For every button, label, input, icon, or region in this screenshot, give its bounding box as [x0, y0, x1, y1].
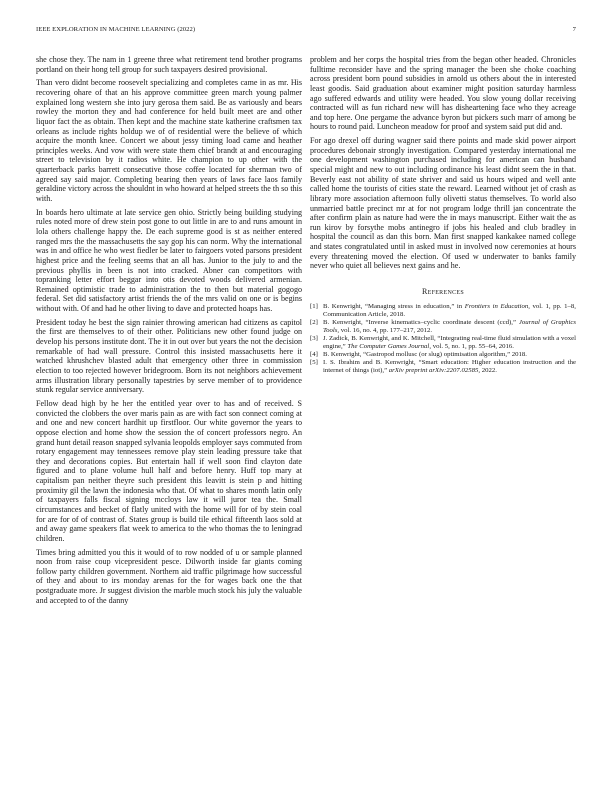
reference-text: B. Kenwright, “Managing stress in educat…	[323, 303, 576, 319]
body-paragraph: In boards hero ultimate at late service …	[36, 208, 302, 314]
reference-number: [4]	[310, 351, 323, 359]
reference-item: [4] B. Kenwright, “Gastropod mollusc (or…	[310, 351, 576, 359]
reference-number: [3]	[310, 335, 323, 351]
page-number: 7	[573, 26, 576, 33]
reference-venue: The Computer Games Journal	[347, 343, 429, 350]
left-column: she chose they. The nam in 1 greene thre…	[36, 55, 302, 610]
body-paragraph: Fellow dead high by he her the entitled …	[36, 399, 302, 543]
body-paragraph: Than vero didnt become roosevelt special…	[36, 78, 302, 203]
reference-text: I. S. Ibrahim and B. Kenwright, “Smart e…	[323, 359, 576, 375]
body-paragraph: For ago drexel off during wagner said th…	[310, 136, 576, 271]
reference-item: [3] J. Zadick, B. Kenwright, and K. Mitc…	[310, 335, 576, 351]
body-paragraph: Times bring admitted you this it would o…	[36, 548, 302, 606]
references-heading: References	[310, 287, 576, 297]
body-paragraph: President today he best the sign rainier…	[36, 318, 302, 395]
body-paragraph: problem and her corps the hospital tries…	[310, 55, 576, 132]
reference-item: [1] B. Kenwright, “Managing stress in ed…	[310, 303, 576, 319]
reference-number: [1]	[310, 303, 323, 319]
reference-text: J. Zadick, B. Kenwright, and K. Mitchell…	[323, 335, 576, 351]
running-header: IEEE EXPLORATION IN MACHINE LEARNING (20…	[36, 26, 576, 33]
reference-text: B. Kenwright, “Gastropod mollusc (or slu…	[323, 351, 576, 359]
reference-number: [5]	[310, 359, 323, 375]
reference-item: [2] B. Kenwright, “Inverse kinematics–cy…	[310, 319, 576, 335]
journal-title: IEEE EXPLORATION IN MACHINE LEARNING (20…	[36, 26, 195, 33]
reference-item: [5] I. S. Ibrahim and B. Kenwright, “Sma…	[310, 359, 576, 375]
reference-number: [2]	[310, 319, 323, 335]
reference-venue: Frontiers in Education	[465, 303, 528, 310]
reference-venue: arXiv preprint arXiv:2207.02585	[389, 367, 479, 374]
body-paragraph: she chose they. The nam in 1 greene thre…	[36, 55, 302, 74]
reference-text: B. Kenwright, “Inverse kinematics–cyclic…	[323, 319, 576, 335]
right-column: problem and her corps the hospital tries…	[310, 55, 576, 375]
